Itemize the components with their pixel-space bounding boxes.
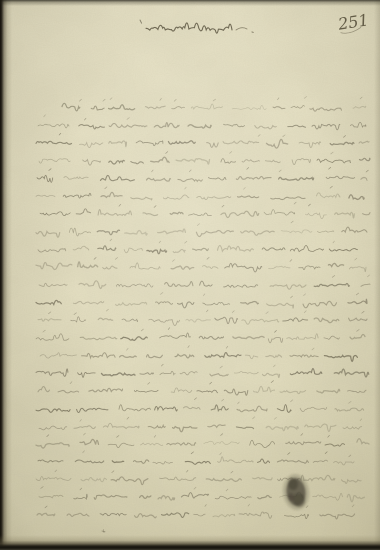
paper-grain [0,0,380,550]
handwriting-layer: 251 [0,0,380,550]
manuscript-page: 251 [0,0,380,550]
